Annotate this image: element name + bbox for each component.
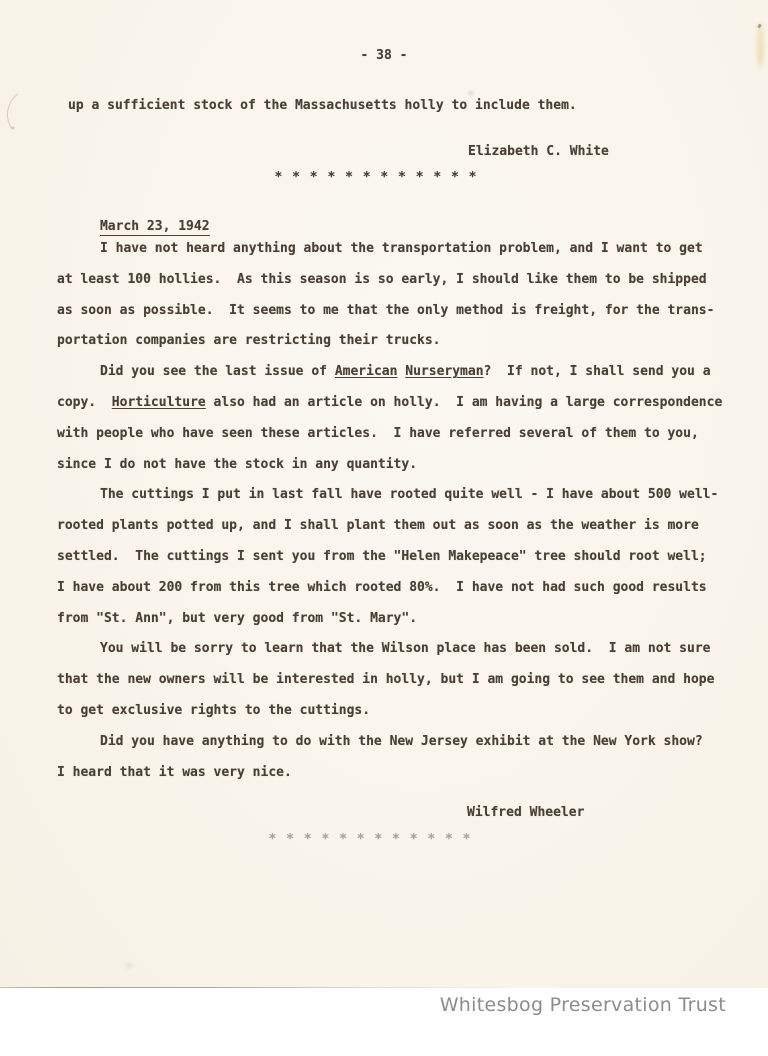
scan-curve-artifact [2,92,22,132]
letter-line: Did you have anything to do with the New… [57,734,727,765]
underlined-text: Nurseryman [405,364,483,379]
letter-opening-line: up a sufficient stock of the Massachuset… [68,98,577,113]
letter-line: I have not heard anything about the tran… [57,241,727,272]
letter-line: at least 100 hollies. As this season is … [57,272,727,303]
letter-line: as soon as possible. It seems to me that… [57,303,727,334]
scan-smudge-artifact [125,963,133,968]
letter-line: You will be sorry to learn that the Wils… [57,641,727,672]
letter-paragraphs: I have not heard anything about the tran… [57,241,727,795]
paper-sheet: - 38 - up a sufficient stock of the Mass… [0,0,768,988]
letter-line: I have about 200 from this tree which ro… [57,580,727,611]
letter-line: to get exclusive rights to the cuttings. [57,703,727,734]
letter-line: copy. Horticulture also had an article o… [57,395,727,426]
asterisk-separator-faded: * * * * * * * * * * * * [0,832,754,847]
letter-line: since I do not have the stock in any qua… [57,457,727,488]
letter-line: portation companies are restricting thei… [57,333,727,364]
signature-elizabeth-white: Elizabeth C. White [468,144,609,159]
letter-line: from "St. Ann", but very good from "St. … [57,611,727,642]
underlined-text: American [335,364,398,379]
letter-line: I heard that it was very nice. [57,765,727,796]
asterisk-separator: * * * * * * * * * * * * [0,170,760,185]
archive-credit-watermark: Whitesbog Preservation Trust [440,992,726,1018]
letter-line: with people who have seen these articles… [57,426,727,457]
letter-line: Did you see the last issue of American N… [57,364,727,395]
letter-line: rooted plants potted up, and I shall pla… [57,518,727,549]
paper-bottom-edge [0,987,520,988]
letter-line: settled. The cuttings I sent you from th… [57,549,727,580]
letter-line: The cuttings I put in last fall have roo… [57,487,727,518]
scan-smudge-artifact [468,90,474,96]
signature-wilfred-wheeler: Wilfred Wheeler [467,805,584,820]
letter-line: that the new owners will be interested i… [57,672,727,703]
letter-date-text: March 23, 1942 [100,219,210,236]
scanned-letter-page: - 38 - up a sufficient stock of the Mass… [0,0,768,1056]
underlined-text: Horticulture [112,395,206,410]
page-number: - 38 - [0,48,768,63]
